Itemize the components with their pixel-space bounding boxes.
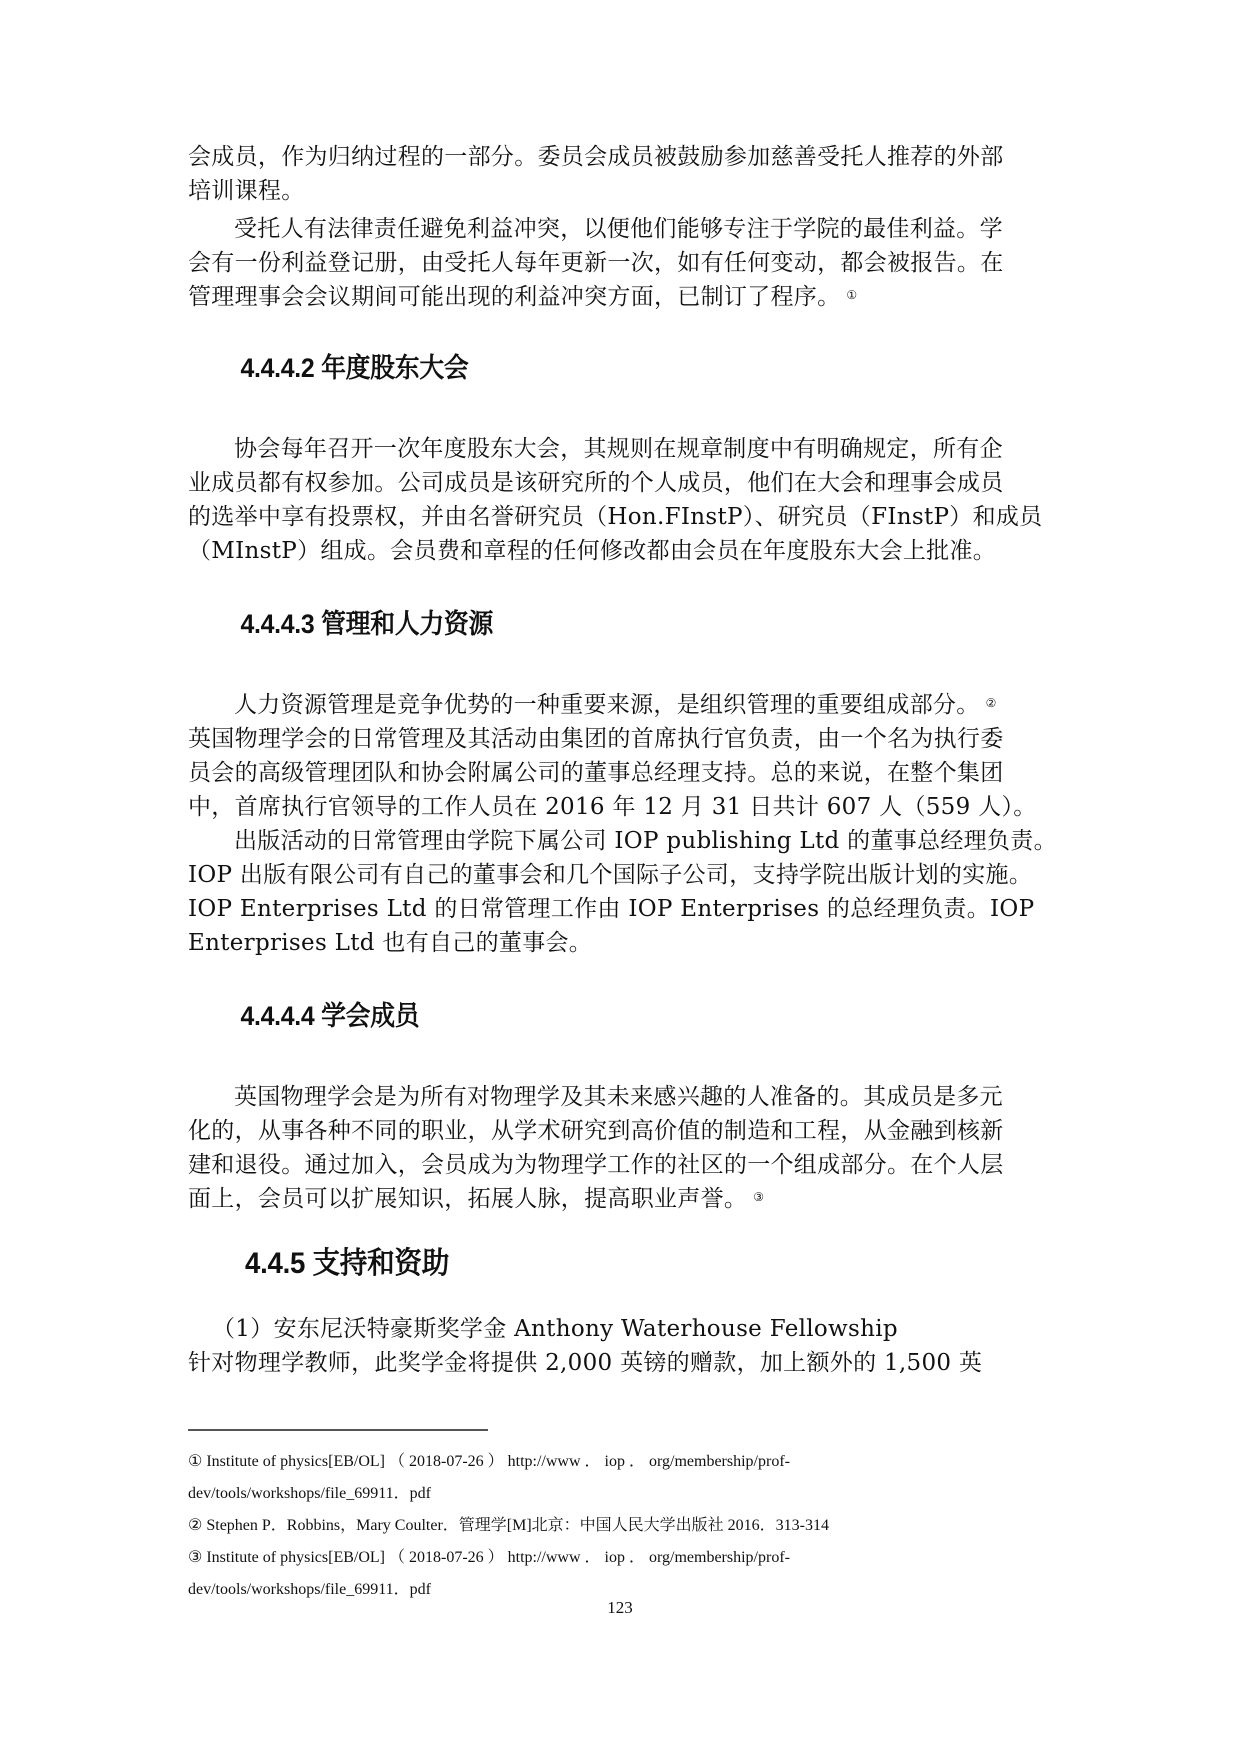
text-line: 针对物理学教师，此奖学金将提供 2,000 英镑的赠款，加上额外的 1,500 … <box>188 1346 1052 1380</box>
text-span: 面上，会员可以扩展知识，拓展人脉，提高职业声誉。 <box>188 1186 747 1212</box>
text-span: 管理理事会会议期间可能出现的利益冲突方面，已制订了程序。 <box>188 284 840 310</box>
section-heading-4442: 4.4.4.2 年度股东大会 <box>188 350 983 386</box>
footnotes: ① Institute of physics[EB/OL] （ 2018-07-… <box>188 1446 1052 1606</box>
text-line: 英国物理学会是为所有对物理学及其未来感兴趣的人准备的。其成员是多元 <box>188 1080 1052 1114</box>
footnote-ref-2[interactable]: ② <box>986 696 997 710</box>
text-line: 培训课程。 <box>188 174 1052 208</box>
text-line: 会成员，作为归纳过程的一部分。委员会成员被鼓励参加慈善受托人推荐的外部 <box>188 140 1052 174</box>
footnote-1: ① Institute of physics[EB/OL] （ 2018-07-… <box>188 1446 1052 1510</box>
text-line: 的选举中享有投票权，并由名誉研究员（Hon.FInstP）、研究员（FInstP… <box>188 500 1052 534</box>
footnote-line: ② Stephen P．Robbins，Mary Coulter．管理学[M]北… <box>188 1510 1052 1542</box>
text-line: 协会每年召开一次年度股东大会，其规则在规章制度中有明确规定，所有企 <box>188 432 1052 466</box>
paragraph-hr: 人力资源管理是竞争优势的一种重要来源，是组织管理的重要组成部分。② 英国物理学会… <box>188 688 1052 824</box>
text-line: 员会的高级管理团队和协会附属公司的董事总经理支持。总的来说，在整个集团 <box>188 756 1052 790</box>
text-line: 会有一份利益登记册，由受托人每年更新一次，如有任何变动，都会被报告。在 <box>188 246 1052 280</box>
footnote-3: ③ Institute of physics[EB/OL] （ 2018-07-… <box>188 1542 1052 1606</box>
section-heading-4444: 4.4.4.4 学会成员 <box>188 998 983 1034</box>
paragraph-membership: 英国物理学会是为所有对物理学及其未来感兴趣的人准备的。其成员是多元 化的，从事各… <box>188 1080 1052 1216</box>
text-span: 人力资源管理是竞争优势的一种重要来源，是组织管理的重要组成部分。 <box>234 692 980 718</box>
text-line: 建和退役。通过加入，会员成为为物理学工作的社区的一个组成部分。在个人层 <box>188 1148 1052 1182</box>
text-line: 人力资源管理是竞争优势的一种重要来源，是组织管理的重要组成部分。② <box>188 688 1052 722</box>
paragraph-agm: 协会每年召开一次年度股东大会，其规则在规章制度中有明确规定，所有企 业成员都有权… <box>188 432 1052 568</box>
text-line: 英国物理学会的日常管理及其活动由集团的首席执行官负责，由一个名为执行委 <box>188 722 1052 756</box>
text-line: Enterprises Ltd 也有自己的董事会。 <box>188 926 1052 960</box>
footnote-line: dev/tools/workshops/file_69911．pdf <box>188 1478 1052 1510</box>
footnote-line: ① Institute of physics[EB/OL] （ 2018-07-… <box>188 1446 1052 1478</box>
text-line: （MInstP）组成。会员费和章程的任何修改都由会员在年度股东大会上批准。 <box>188 534 1052 568</box>
footnote-divider <box>188 1429 488 1431</box>
document-body: 会成员，作为归纳过程的一部分。委员会成员被鼓励参加慈善受托人推荐的外部 培训课程… <box>188 140 1052 1380</box>
text-line: 中，首席执行官领导的工作人员在 2016 年 12 月 31 日共计 607 人… <box>188 790 1052 824</box>
footnote-2: ② Stephen P．Robbins，Mary Coulter．管理学[M]北… <box>188 1510 1052 1542</box>
paragraph-support: （1）安东尼沃特豪斯奖学金 Anthony Waterhouse Fellows… <box>188 1312 1052 1380</box>
section-heading-4443: 4.4.4.3 管理和人力资源 <box>188 606 983 642</box>
paragraph-committee-training: 会成员，作为归纳过程的一部分。委员会成员被鼓励参加慈善受托人推荐的外部 培训课程… <box>188 140 1052 208</box>
section-heading-445: 4.4.5 支持和资助 <box>188 1244 983 1284</box>
text-line: 受托人有法律责任避免利益冲突，以便他们能够专注于学院的最佳利益。学 <box>188 212 1052 246</box>
text-line: 面上，会员可以扩展知识，拓展人脉，提高职业声誉。③ <box>188 1182 1052 1216</box>
paragraph-publishing: 出版活动的日常管理由学院下属公司 IOP publishing Ltd 的董事总… <box>188 824 1052 960</box>
list-item-title: （1）安东尼沃特豪斯奖学金 Anthony Waterhouse Fellows… <box>188 1312 1052 1346</box>
text-line: IOP 出版有限公司有自己的董事会和几个国际子公司，支持学院出版计划的实施。 <box>188 858 1052 892</box>
text-line: 管理理事会会议期间可能出现的利益冲突方面，已制订了程序。① <box>188 280 1052 314</box>
footnote-ref-3[interactable]: ③ <box>753 1190 764 1204</box>
text-line: 化的，从事各种不同的职业，从学术研究到高价值的制造和工程，从金融到核新 <box>188 1114 1052 1148</box>
text-line: IOP Enterprises Ltd 的日常管理工作由 IOP Enterpr… <box>188 892 1052 926</box>
page-number: 123 <box>0 1598 1240 1618</box>
paragraph-conflict-of-interest: 受托人有法律责任避免利益冲突，以便他们能够专注于学院的最佳利益。学 会有一份利益… <box>188 212 1052 314</box>
text-line: 业成员都有权参加。公司成员是该研究所的个人成员，他们在大会和理事会成员 <box>188 466 1052 500</box>
footnote-line: ③ Institute of physics[EB/OL] （ 2018-07-… <box>188 1542 1052 1574</box>
footnote-ref-1[interactable]: ① <box>846 288 857 302</box>
text-line: 出版活动的日常管理由学院下属公司 IOP publishing Ltd 的董事总… <box>188 824 1052 858</box>
